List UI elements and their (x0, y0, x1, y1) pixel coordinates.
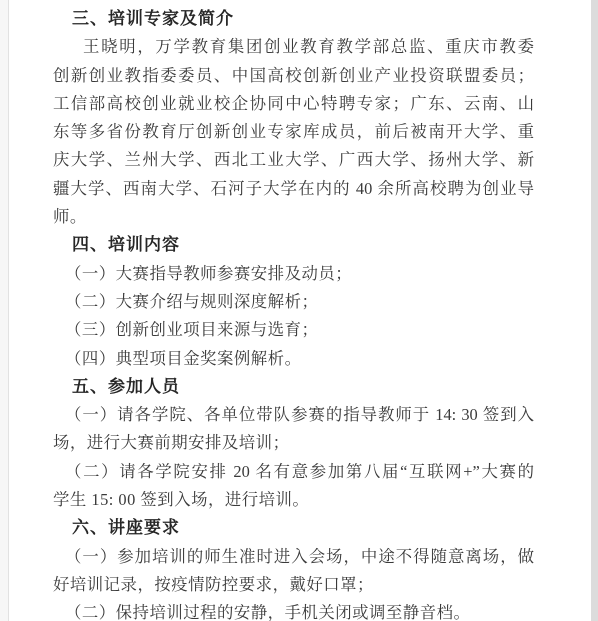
text-line: （一）参加培训的师生准时进入会场，中途不得随意离场，做 (53, 543, 534, 571)
text-line: 创新创业教指委委员、中国高校创新创业产业投资联盟委员； (53, 62, 534, 90)
text-line: （一）大赛指导教师参赛安排及动员； (53, 260, 534, 288)
text-line: （三）创新创业项目来源与选育； (53, 316, 534, 344)
text-line: 好培训记录，按疫情防控要求，戴好口罩； (53, 571, 534, 599)
text-line: （一）请各学院、各单位带队参赛的指导教师于 14: 30 签到入 (53, 401, 534, 429)
page-left-edge (0, 0, 9, 621)
text-line: （四）典型项目金奖案例解析。 (53, 345, 534, 373)
section-heading-training-experts: 三、培训专家及简介 (53, 5, 534, 33)
text-line: 王晓明，万学教育集团创业教育教学部总监、重庆市教委 (53, 33, 534, 61)
text-line: （二）请各学院安排 20 名有意参加第八届“互联网+”大赛的 (53, 458, 534, 486)
text-line: 学生 15: 00 签到入场，进行培训。 (53, 486, 534, 514)
section-heading-participants: 五、参加人员 (53, 373, 534, 401)
text-line: 工信部高校创业就业校企协同中心特聘专家；广东、云南、山 (53, 90, 534, 118)
section-heading-lecture-requirements: 六、讲座要求 (53, 514, 534, 542)
text-line: （二）保持培训过程的安静，手机关闭或调至静音档。 (53, 599, 534, 621)
page-right-edge (591, 0, 598, 621)
text-line: 庆大学、兰州大学、西北工业大学、广西大学、扬州大学、新 (53, 146, 534, 174)
text-line: （二）大赛介绍与规则深度解析； (53, 288, 534, 316)
text-line: 场，进行大赛前期安排及培训； (53, 429, 534, 457)
document-page: 三、培训专家及简介 王晓明，万学教育集团创业教育教学部总监、重庆市教委 创新创业… (9, 0, 591, 621)
document-viewer: 三、培训专家及简介 王晓明，万学教育集团创业教育教学部总监、重庆市教委 创新创业… (0, 0, 598, 621)
text-line: 疆大学、西南大学、石河子大学在内的 40 余所高校聘为创业导 (53, 175, 534, 203)
document-text-block: 三、培训专家及简介 王晓明，万学教育集团创业教育教学部总监、重庆市教委 创新创业… (53, 5, 534, 621)
section-heading-training-content: 四、培训内容 (53, 231, 534, 259)
text-line: 师。 (53, 203, 534, 231)
text-line: 东等多省份教育厅创新创业专家库成员，前后被南开大学、重 (53, 118, 534, 146)
